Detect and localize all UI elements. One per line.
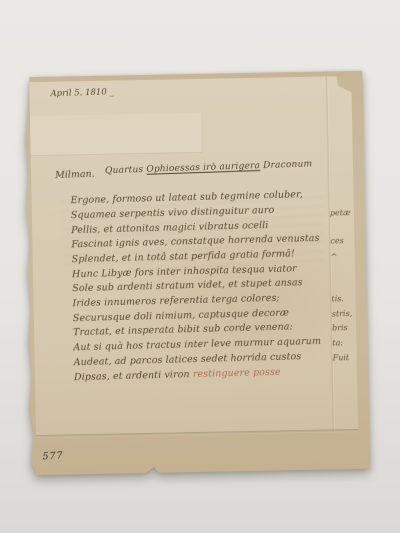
margin-note-6: bris [332, 323, 348, 332]
poem-line-13-black: Dipsas, et ardenti viron [74, 369, 193, 383]
poem-line-11: Aut si quà hos tractus inter leve murmur… [73, 336, 321, 353]
poem-line-7: Sole sub ardenti stratum videt, et stupe… [72, 277, 303, 294]
paper-stack: April 5. 1810 _ Milman. Quartus Ophioess… [22, 71, 370, 475]
margin-note-4: tis. [331, 294, 344, 303]
poem-line-12: Audeat, ad parcos latices sedet horrida … [74, 351, 302, 368]
page-number: 577 [42, 450, 64, 462]
title-underlined: Ophioessas irò aurigera [146, 161, 260, 175]
paper-light-patch [30, 113, 203, 156]
manuscript-sheet: April 5. 1810 _ Milman. Quartus Ophioess… [29, 76, 358, 438]
poem-line-8: Irides innumeros referentia terga colore… [72, 293, 279, 309]
margin-note-8: Fuit [333, 353, 350, 362]
margin-note-5: stris, [332, 309, 353, 319]
title-pre: Quartus [105, 165, 147, 176]
poem-line-13: Dipsas, et ardenti viron restinguere pos… [74, 367, 281, 383]
margin-note-1: petæ [330, 208, 351, 218]
date-line: April 5. 1810 _ [50, 87, 113, 99]
margin-note-3: ^ [331, 252, 338, 261]
poem-line-10: Tractat, et insperata bibit sub corde ve… [73, 321, 293, 338]
author-name: Milman. [55, 169, 95, 181]
title-line: Quartus Ophioessas irò aurigera Draconum [105, 159, 313, 176]
title-post: Draconum [260, 159, 312, 171]
margin-note-7: ta: [332, 338, 343, 347]
margin-note-2: ces [330, 236, 344, 245]
poem-line-13-red-ink: restinguere posse [193, 367, 281, 380]
